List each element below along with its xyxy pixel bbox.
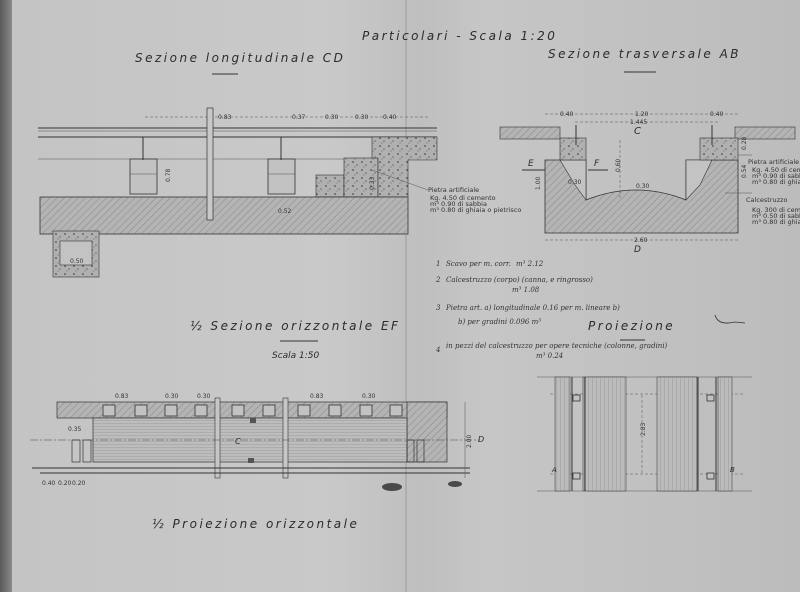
svg-text:0.30: 0.30: [355, 114, 369, 121]
svg-text:1.20: 1.20: [635, 111, 649, 118]
svg-text:0.33: 0.33: [369, 176, 376, 190]
svg-text:1: 1: [436, 260, 440, 268]
svg-text:0.35: 0.35: [68, 426, 82, 433]
svg-text:0.40: 0.40: [383, 114, 397, 121]
projection-title: Proiezione: [588, 319, 675, 333]
svg-text:b) per gradini 0.096 m³: b) per gradini 0.096 m³: [458, 318, 541, 326]
svg-text:m³ 1.08: m³ 1.08: [512, 286, 540, 294]
drawing-sheet: Particolari - Scala 1:20 Sezione longitu…: [0, 0, 800, 592]
transversal-section-title: Sezione trasversale AB: [548, 47, 741, 61]
svg-text:0.20: 0.20: [72, 480, 86, 487]
main-title: Particolari - Scala 1:20: [362, 29, 557, 43]
svg-text:0.30: 0.30: [197, 393, 211, 400]
svg-text:3: 3: [436, 304, 441, 312]
svg-text:0.40: 0.40: [42, 480, 56, 487]
horizontal-section-scale: Scala 1:50: [272, 351, 320, 361]
svg-text:E: E: [528, 159, 534, 169]
svg-text:D: D: [634, 245, 641, 255]
svg-text:0.30: 0.30: [362, 393, 376, 400]
svg-text:2: 2: [435, 276, 441, 284]
svg-text:0.37: 0.37: [292, 114, 306, 121]
svg-text:1.445: 1.445: [630, 119, 647, 126]
svg-text:m³ 0.80 di ghiaia o pietrisco: m³ 0.80 di ghiaia o pietrisco: [752, 218, 800, 226]
note-label: Pietra artificiale: [428, 186, 479, 194]
horizontal-section: C D 0.83 0.30 0.30 0.83 0.30 0.35 2.00 0…: [30, 393, 484, 487]
svg-text:1.00: 1.00: [535, 176, 542, 190]
transversal-section: 0.40 1.20 0.40 1.445 C 0.60 0.30 1.00 0.…: [500, 111, 800, 255]
svg-text:A: A: [551, 466, 557, 474]
svg-text:4: 4: [435, 346, 440, 354]
svg-text:0.30: 0.30: [165, 393, 179, 400]
svg-text:Pietra art. a) longitudinale 0: Pietra art. a) longitudinale 0.16 per m.…: [445, 304, 620, 312]
svg-text:D: D: [478, 435, 484, 444]
svg-text:0.30: 0.30: [325, 114, 339, 121]
svg-text:0.40: 0.40: [710, 111, 724, 118]
svg-text:0.78: 0.78: [165, 168, 172, 182]
svg-text:m³ 2.12: m³ 2.12: [516, 260, 544, 268]
svg-text:2.60: 2.60: [634, 237, 648, 244]
projection-plan: 2.83 A B: [537, 377, 752, 491]
longitudinal-section-title: Sezione longitudinale CD: [135, 51, 345, 65]
svg-text:C: C: [634, 126, 641, 137]
svg-text:0.83: 0.83: [115, 393, 129, 400]
svg-text:0.20: 0.20: [58, 480, 72, 487]
svg-text:Calcestruzzo (corpo) (canna, e: Calcestruzzo (corpo) (canna, e ringrosso…: [446, 276, 593, 284]
svg-text:2.00: 2.00: [466, 434, 473, 448]
technical-drawing: Particolari - Scala 1:20 Sezione longitu…: [0, 0, 800, 592]
svg-text:in pezzi del calcestruzzo per: in pezzi del calcestruzzo per opere tecn…: [446, 342, 668, 350]
svg-text:B: B: [730, 466, 735, 474]
svg-text:C: C: [235, 437, 241, 446]
svg-text:0.40: 0.40: [560, 111, 574, 118]
svg-text:0.60: 0.60: [615, 158, 622, 172]
svg-text:m³ 0.80 di ghiaia o pietrisco: m³ 0.80 di ghiaia o pietrisco: [430, 206, 521, 214]
svg-text:0.30: 0.30: [636, 183, 650, 190]
svg-text:0.83: 0.83: [310, 393, 324, 400]
svg-text:Pietra artificiale: Pietra artificiale: [748, 158, 799, 166]
longitudinal-section: 0.83 0.37 0.30 0.30 0.40 0.78 0.52 0.33: [38, 108, 521, 277]
svg-text:0.54: 0.54: [741, 164, 748, 178]
horizontal-projection-title: ½ Proiezione orizzontale: [152, 517, 359, 531]
svg-text:m³ 0.80 di ghiaia o pietrisco: m³ 0.80 di ghiaia o pietrisco: [752, 178, 800, 186]
svg-text:Scavo per m. corr.: Scavo per m. corr.: [446, 260, 511, 268]
horizontal-section-title: ½ Sezione orizzontale EF: [190, 319, 400, 333]
svg-text:0.28: 0.28: [741, 136, 748, 150]
ink-stain: [448, 481, 462, 487]
svg-text:m³ 0.24: m³ 0.24: [536, 352, 563, 360]
svg-text:0.30: 0.30: [568, 179, 582, 186]
svg-text:2.83: 2.83: [640, 422, 647, 436]
svg-text:Calcestruzzo: Calcestruzzo: [746, 196, 787, 204]
svg-text:0.50: 0.50: [70, 258, 84, 265]
svg-text:0.83: 0.83: [218, 114, 232, 121]
ink-stain: [382, 483, 402, 491]
svg-text:0.52: 0.52: [278, 208, 292, 215]
handwritten-notes: 1 Scavo per m. corr. m³ 2.12 2 Calcestru…: [435, 260, 745, 360]
svg-text:F: F: [594, 159, 600, 169]
